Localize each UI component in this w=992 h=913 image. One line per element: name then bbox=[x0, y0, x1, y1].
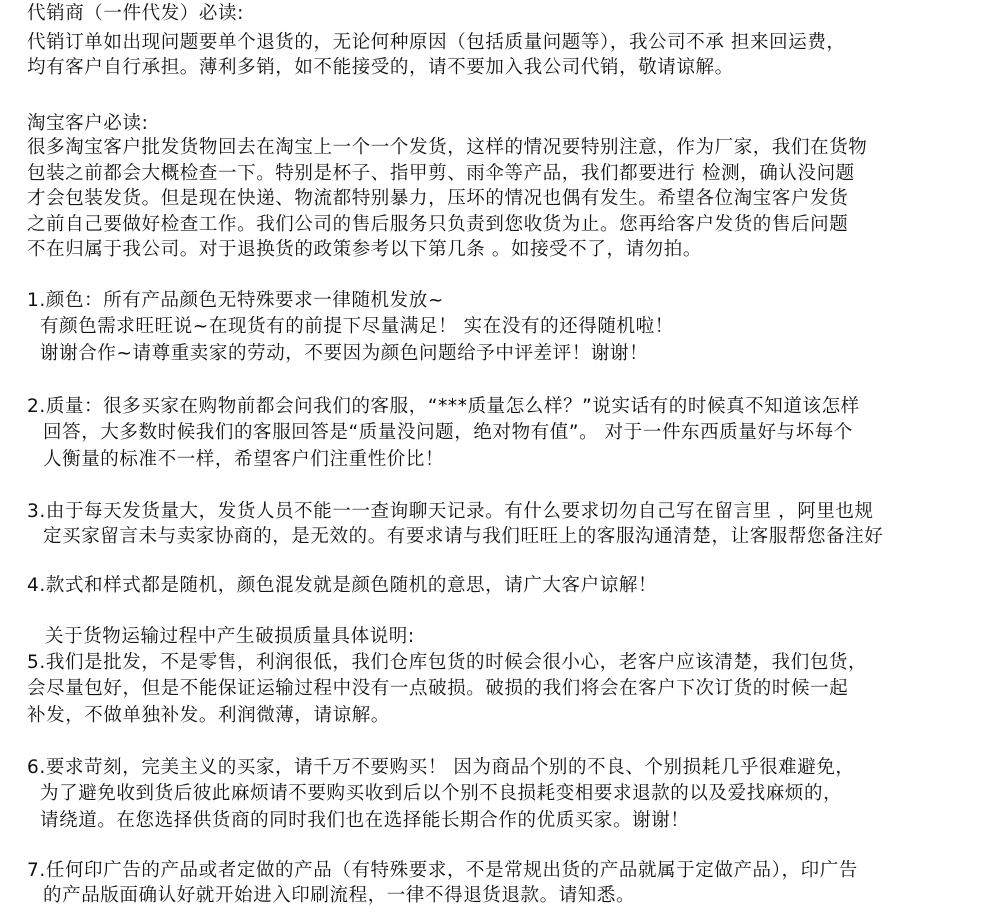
section-heading-line: 关于货物运输过程中产生破损质量具体说明: bbox=[45, 625, 415, 649]
text-line: 有颜色需求旺旺说~在现货有的前提下尽量满足！ 实在没有的还得随机啦！ bbox=[40, 315, 674, 339]
text-line: 为了避免收到货后彼此麻烦请不要购买收到后以个别不良损耗变相要求退款的以及爱找麻烦… bbox=[40, 782, 842, 806]
text-line: 5.我们是批发，不是零售，利润很低，我们仓库包货的时候会很小心，老客户应该清楚，… bbox=[27, 651, 867, 675]
text-line: 均有客户自行承担。薄利多销，如不能接受的，请不要加入我公司代销，敬请谅解。 bbox=[27, 56, 734, 80]
section-heading-line: 7.任何印广告的产品或者定做的产品（有特殊要求，不是常规出货的产品就属于定做产品… bbox=[27, 859, 858, 883]
section-heading-line: 2.质量：很多买家在购物前都会问我们的客服，“***质量怎么样？”说实话有的时候… bbox=[27, 395, 860, 419]
text-line: 才会包装发货。但是现在快递、物流都特别暴力，压坏的情况也偶有发生。希望各位淘宝客… bbox=[27, 187, 848, 211]
section-heading-line: 4.款式和样式都是随机，颜色混发就是颜色随机的意思，请广大客户谅解！ bbox=[27, 574, 657, 598]
text-line: 补发，不做单独补发。利润微薄，请谅解。 bbox=[27, 704, 390, 728]
section-heading-line: 代销商（一件代发）必读: bbox=[27, 2, 244, 26]
section-heading-line: 3.由于每天发货量大，发货人员不能一一查询聊天记录。有什么要求切勿自己写在留言里… bbox=[27, 500, 874, 524]
text-line: 的产品版面确认好就开始进入印刷流程，一律不得退货退款。请知悉。 bbox=[43, 884, 635, 908]
text-line: 会尽量包好，但是不能保证运输过程中没有一点破损。破损的我们将会在客户下次订货的时… bbox=[27, 677, 848, 701]
text-line: 请绕道。在您选择供货商的同时我们也在选择能长期合作的优质买家。谢谢！ bbox=[40, 809, 689, 833]
text-line: 代销订单如出现问题要单个退货的，无论何种原因（包括质量问题等），我公司不承 担来… bbox=[27, 31, 846, 55]
text-line: 定买家留言未与卖家协商的，是无效的。有要求请与我们旺旺上的客服沟通清楚，让客服帮… bbox=[43, 525, 883, 549]
section-heading-line: 6.要求苛刻，完美主义的买家，请千万不要购买！ 因为商品个别的不良、个别损耗几乎… bbox=[27, 756, 855, 780]
text-line: 人衡量的标准不一样，希望客户们注重性价比！ bbox=[43, 448, 444, 472]
text-line: 回答，大多数时候我们的客服回答是“质量没问题，绝对物有值”。 对于一件东西质量好… bbox=[43, 421, 853, 445]
text-line: 包装之前都会大概检查一下。特别是杯子、指甲剪、雨伞等产品，我们都要进行 检测，确… bbox=[27, 162, 855, 186]
text-line: 之前自己要做好检查工作。我们公司的售后服务只负责到您收货为止。您再给客户发货的售… bbox=[27, 213, 848, 237]
text-line: 谢谢合作~请尊重卖家的劳动，不要因为颜色问题给予中评差评！谢谢！ bbox=[40, 342, 648, 366]
section-heading-line: 淘宝客户必读: bbox=[27, 112, 148, 136]
text-line: 很多淘宝客户批发货物回去在淘宝上一个一个发货，这样的情况要特别注意，作为厂家，我… bbox=[27, 136, 867, 160]
section-heading-line: 1.颜色：所有产品颜色无特殊要求一律随机发放~ bbox=[27, 289, 444, 313]
text-line: 不在归属于我公司。对于退换货的政策参考以下第几条 。如接受不了，请勿拍。 bbox=[27, 238, 702, 262]
